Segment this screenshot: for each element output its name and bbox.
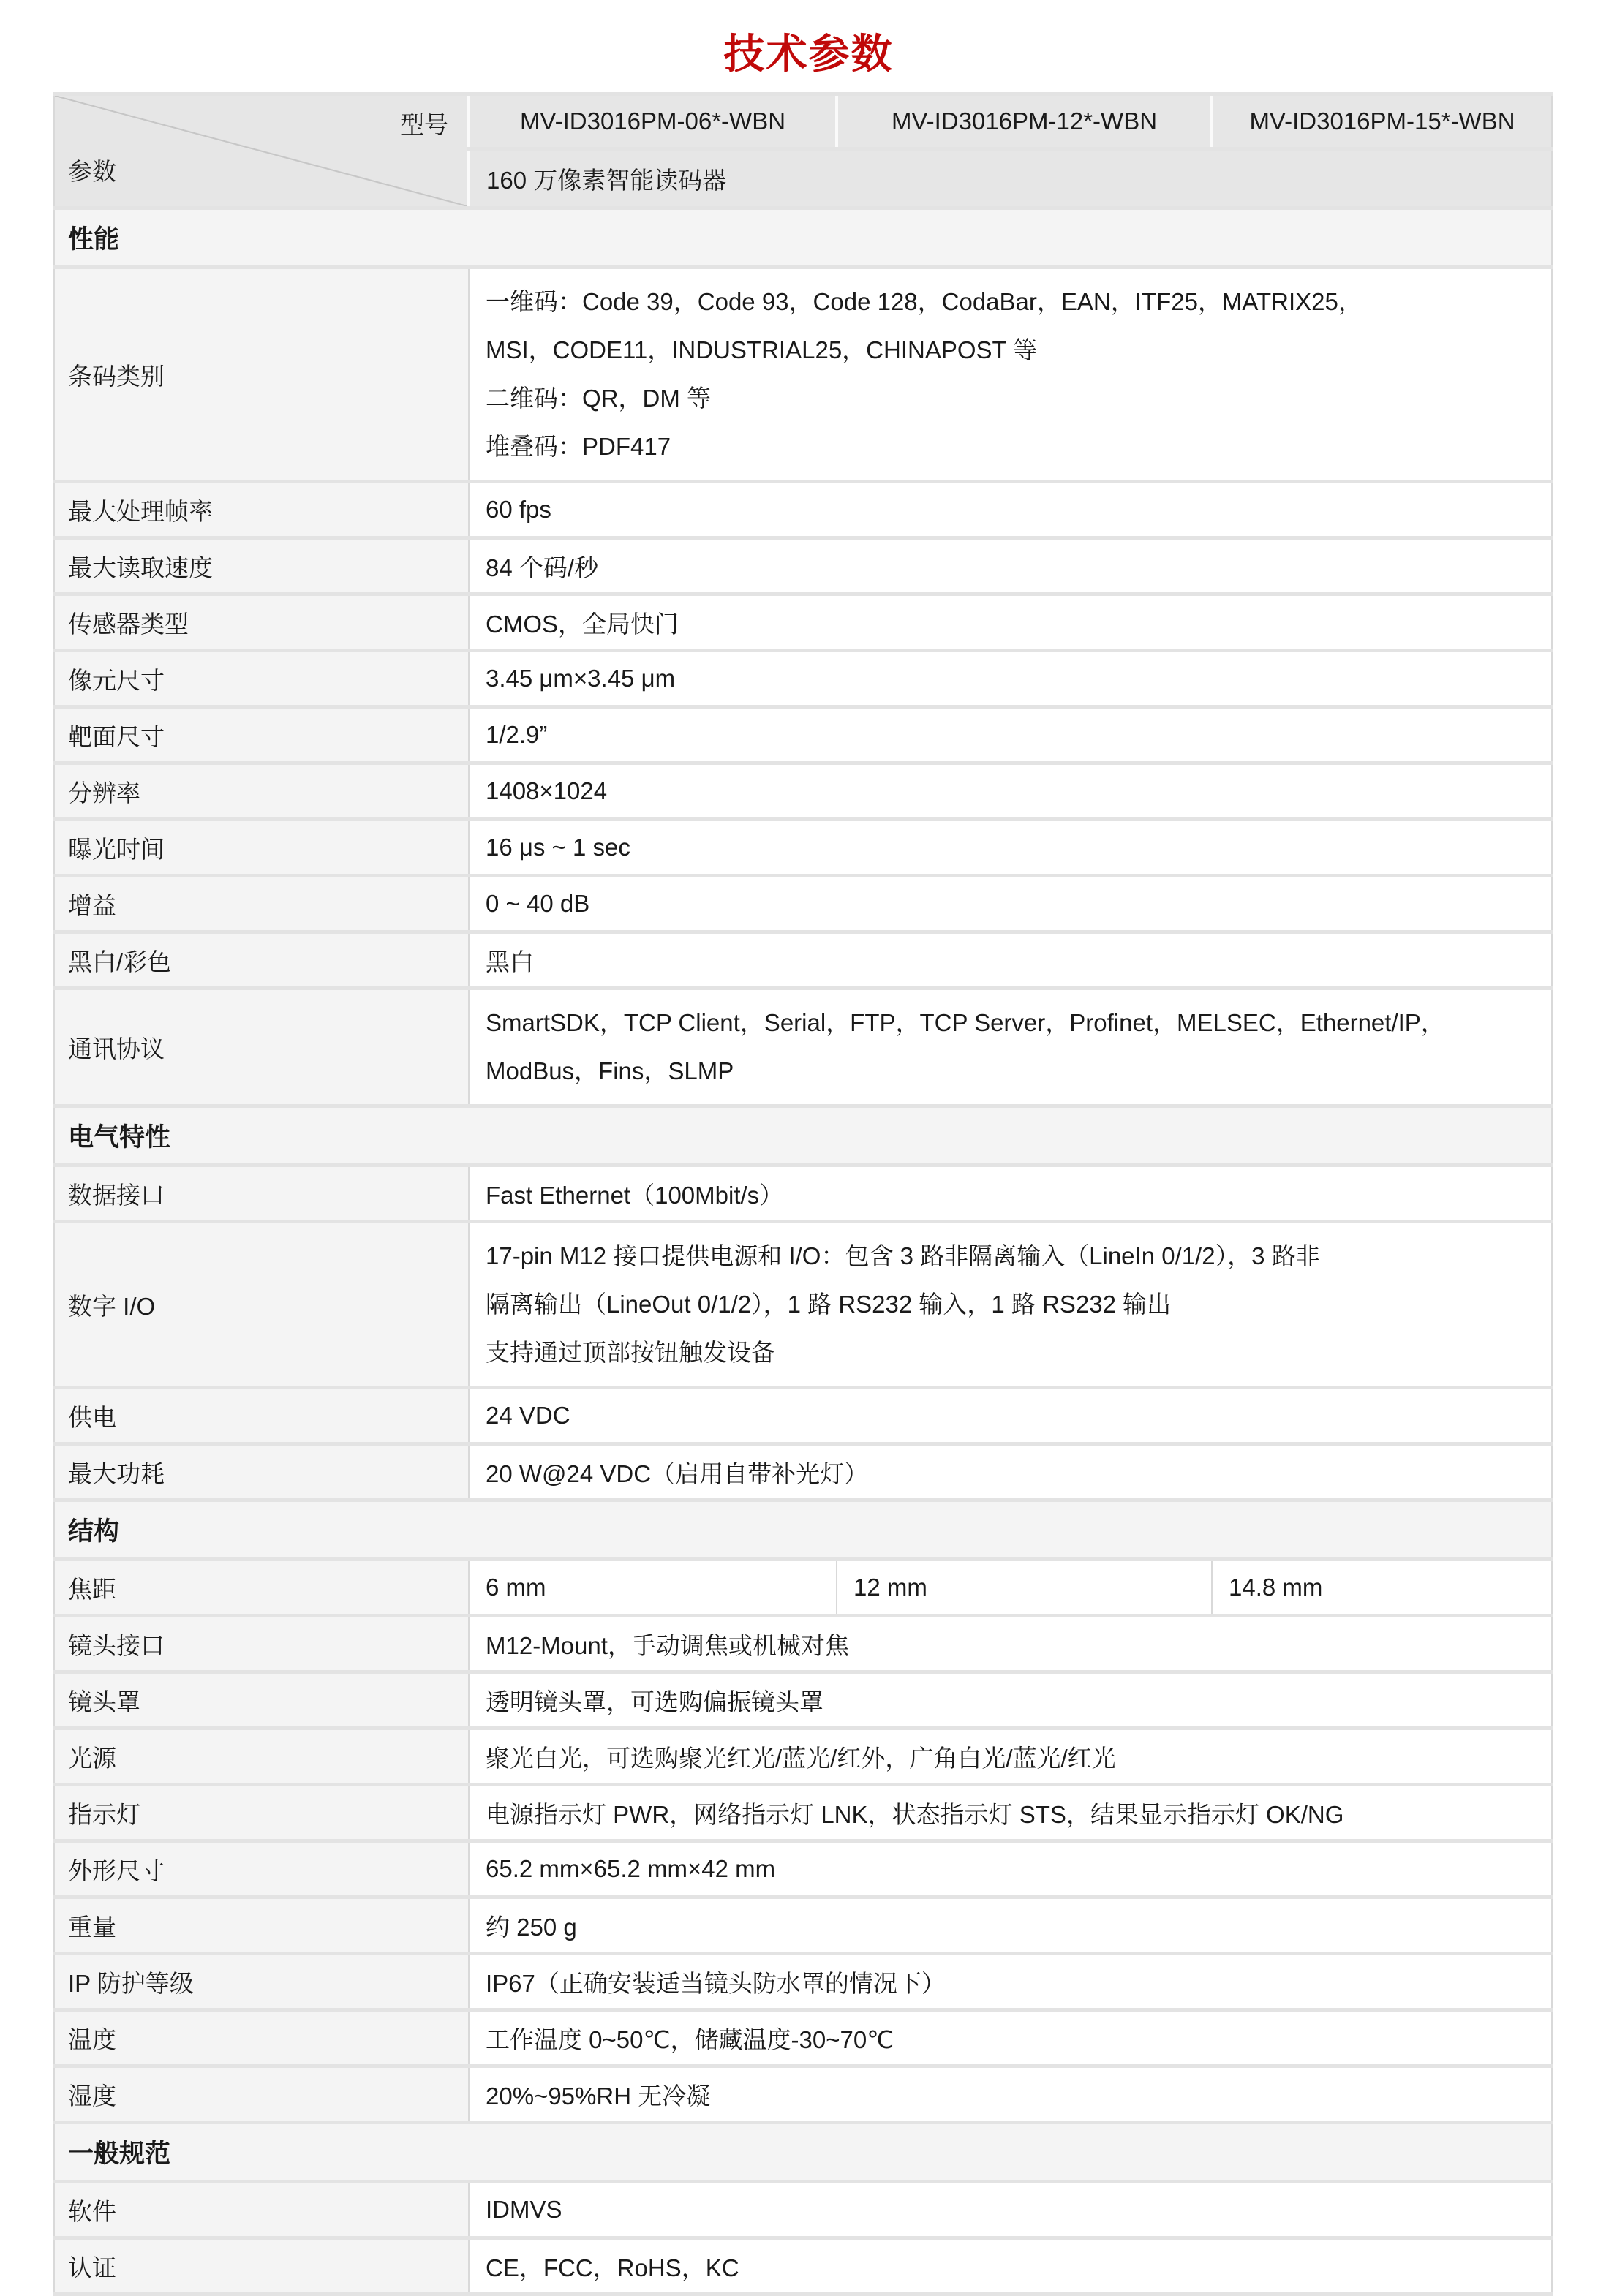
- focal-length-model-1: 6 mm: [469, 1560, 837, 1616]
- focal-length-model-2: 12 mm: [837, 1560, 1212, 1616]
- table-row-temperature: 温度 工作温度 0~50℃，储藏温度-30~70℃: [54, 2010, 1552, 2066]
- param-value: 20 W@24 VDC（启用自带补光灯）: [469, 1444, 1552, 1500]
- param-label: 数据接口: [54, 1166, 469, 1222]
- param-value: 16 μs ~ 1 sec: [469, 820, 1552, 876]
- param-value: 1408×1024: [469, 763, 1552, 820]
- section-row-structure: 结构: [54, 1500, 1552, 1560]
- param-label: 外形尺寸: [54, 1841, 469, 1897]
- param-label: 通讯协议: [54, 989, 469, 1106]
- section-row-performance: 性能: [54, 208, 1552, 268]
- table-row-max-frame-rate: 最大处理帧率 60 fps: [54, 482, 1552, 538]
- param-value: M12-Mount，手动调焦或机械对焦: [469, 1616, 1552, 1672]
- table-row-indicators: 指示灯 电源指示灯 PWR，网络指示灯 LNK，状态指示灯 STS，结果显示指示…: [54, 1785, 1552, 1841]
- table-row-exposure-time: 曝光时间 16 μs ~ 1 sec: [54, 820, 1552, 876]
- table-row-pixel-size: 像元尺寸 3.45 μm×3.45 μm: [54, 651, 1552, 707]
- series-description: 160 万像素智能读码器: [469, 149, 1552, 208]
- param-value: IDMVS: [469, 2182, 1552, 2238]
- param-label: IP 防护等级: [54, 1954, 469, 2010]
- param-value: CMOS，全局快门: [469, 594, 1552, 651]
- corner-label-param: 参数: [68, 153, 116, 187]
- param-value: 65.2 mm×65.2 mm×42 mm: [469, 1841, 1552, 1897]
- model-name-1: MV-ID3016PM-06*-WBN: [469, 94, 837, 149]
- param-value: 工作温度 0~50℃，储藏温度-30~70℃: [469, 2010, 1552, 2066]
- header-model-row: 型号 参数 MV-ID3016PM-06*-WBN MV-ID3016PM-12…: [54, 94, 1552, 149]
- param-value: 透明镜头罩，可选购偏振镜头罩: [469, 1672, 1552, 1729]
- param-label: 增益: [54, 876, 469, 932]
- param-value: 电源指示灯 PWR，网络指示灯 LNK，状态指示灯 STS，结果显示指示灯 OK…: [469, 1785, 1552, 1841]
- table-row-ip-rating: IP 防护等级 IP67（正确安装适当镜头防水罩的情况下）: [54, 1954, 1552, 2010]
- param-value: 约 250 g: [469, 1897, 1552, 1954]
- spec-table: 型号 参数 MV-ID3016PM-06*-WBN MV-ID3016PM-12…: [53, 92, 1553, 2296]
- model-name-3: MV-ID3016PM-15*-WBN: [1212, 94, 1552, 149]
- param-value: 20%~95%RH 无冷凝: [469, 2066, 1552, 2123]
- param-label: 条码类别: [54, 268, 469, 482]
- param-value: 17-pin M12 接口提供电源和 I/O：包含 3 路非隔离输入（LineI…: [469, 1222, 1552, 1388]
- page-title: 技术参数: [0, 22, 1617, 80]
- table-row-humidity: 湿度 20%~95%RH 无冷凝: [54, 2066, 1552, 2123]
- table-row-dimensions: 外形尺寸 65.2 mm×65.2 mm×42 mm: [54, 1841, 1552, 1897]
- param-value: Fast Ethernet（100Mbit/s）: [469, 1166, 1552, 1222]
- param-label: 焦距: [54, 1560, 469, 1616]
- param-label: 认证: [54, 2238, 469, 2295]
- table-row-focal-length: 焦距 6 mm 12 mm 14.8 mm: [54, 1560, 1552, 1616]
- param-value: 1/2.9”: [469, 707, 1552, 763]
- param-label: 传感器类型: [54, 594, 469, 651]
- table-row-sensor-type: 传感器类型 CMOS，全局快门: [54, 594, 1552, 651]
- section-title: 电气特性: [54, 1106, 1552, 1166]
- param-label: 指示灯: [54, 1785, 469, 1841]
- param-label: 最大功耗: [54, 1444, 469, 1500]
- param-value: 3.45 μm×3.45 μm: [469, 651, 1552, 707]
- table-row-resolution: 分辨率 1408×1024: [54, 763, 1552, 820]
- section-row-general: 一般规范: [54, 2123, 1552, 2182]
- param-value: 24 VDC: [469, 1388, 1552, 1444]
- param-value: 0 ~ 40 dB: [469, 876, 1552, 932]
- table-row-lens-mount: 镜头接口 M12-Mount，手动调焦或机械对焦: [54, 1616, 1552, 1672]
- param-label: 光源: [54, 1729, 469, 1785]
- param-value: 聚光白光，可选购聚光红光/蓝光/红外，广角白光/蓝光/红光: [469, 1729, 1552, 1785]
- param-label: 黑白/彩色: [54, 932, 469, 989]
- table-row-light-source: 光源 聚光白光，可选购聚光红光/蓝光/红外，广角白光/蓝光/红光: [54, 1729, 1552, 1785]
- table-row-mono-color: 黑白/彩色 黑白: [54, 932, 1552, 989]
- param-label: 最大读取速度: [54, 538, 469, 594]
- param-label: 镜头接口: [54, 1616, 469, 1672]
- param-label: 重量: [54, 1897, 469, 1954]
- table-row-certification: 认证 CE，FCC，RoHS，KC: [54, 2238, 1552, 2295]
- table-row-protocols: 通讯协议 SmartSDK，TCP Client，Serial，FTP，TCP …: [54, 989, 1552, 1106]
- section-title: 一般规范: [54, 2123, 1552, 2182]
- table-row-power-supply: 供电 24 VDC: [54, 1388, 1552, 1444]
- param-label: 数字 I/O: [54, 1222, 469, 1388]
- section-title: 性能: [54, 208, 1552, 268]
- section-row-electrical: 电气特性: [54, 1106, 1552, 1166]
- table-row-software: 软件 IDMVS: [54, 2182, 1552, 2238]
- param-label: 曝光时间: [54, 820, 469, 876]
- table-row-lens-cover: 镜头罩 透明镜头罩，可选购偏振镜头罩: [54, 1672, 1552, 1729]
- param-label: 温度: [54, 2010, 469, 2066]
- focal-length-model-3: 14.8 mm: [1212, 1560, 1552, 1616]
- param-label: 分辨率: [54, 763, 469, 820]
- table-row-data-interface: 数据接口 Fast Ethernet（100Mbit/s）: [54, 1166, 1552, 1222]
- param-value: SmartSDK，TCP Client，Serial，FTP，TCP Serve…: [469, 989, 1552, 1106]
- table-row-barcode-types: 条码类别 一维码：Code 39，Code 93，Code 128，CodaBa…: [54, 268, 1552, 482]
- table-row-gain: 增益 0 ~ 40 dB: [54, 876, 1552, 932]
- section-title: 结构: [54, 1500, 1552, 1560]
- param-value: 60 fps: [469, 482, 1552, 538]
- param-label: 供电: [54, 1388, 469, 1444]
- param-label: 镜头罩: [54, 1672, 469, 1729]
- param-label: 像元尺寸: [54, 651, 469, 707]
- param-value: 一维码：Code 39，Code 93，Code 128，CodaBar，EAN…: [469, 268, 1552, 482]
- table-row-max-read-speed: 最大读取速度 84 个码/秒: [54, 538, 1552, 594]
- table-row-weight: 重量 约 250 g: [54, 1897, 1552, 1954]
- model-name-2: MV-ID3016PM-12*-WBN: [837, 94, 1212, 149]
- param-value: IP67（正确安装适当镜头防水罩的情况下）: [469, 1954, 1552, 2010]
- table-row-max-power: 最大功耗 20 W@24 VDC（启用自带补光灯）: [54, 1444, 1552, 1500]
- corner-cell: 型号 参数: [54, 94, 469, 208]
- param-value: 黑白: [469, 932, 1552, 989]
- param-label: 软件: [54, 2182, 469, 2238]
- param-label: 靶面尺寸: [54, 707, 469, 763]
- param-label: 最大处理帧率: [54, 482, 469, 538]
- param-value: 84 个码/秒: [469, 538, 1552, 594]
- param-label: 湿度: [54, 2066, 469, 2123]
- table-row-sensor-format: 靶面尺寸 1/2.9”: [54, 707, 1552, 763]
- param-value: CE，FCC，RoHS，KC: [469, 2238, 1552, 2295]
- table-row-digital-io: 数字 I/O 17-pin M12 接口提供电源和 I/O：包含 3 路非隔离输…: [54, 1222, 1552, 1388]
- corner-label-model: 型号: [400, 106, 448, 140]
